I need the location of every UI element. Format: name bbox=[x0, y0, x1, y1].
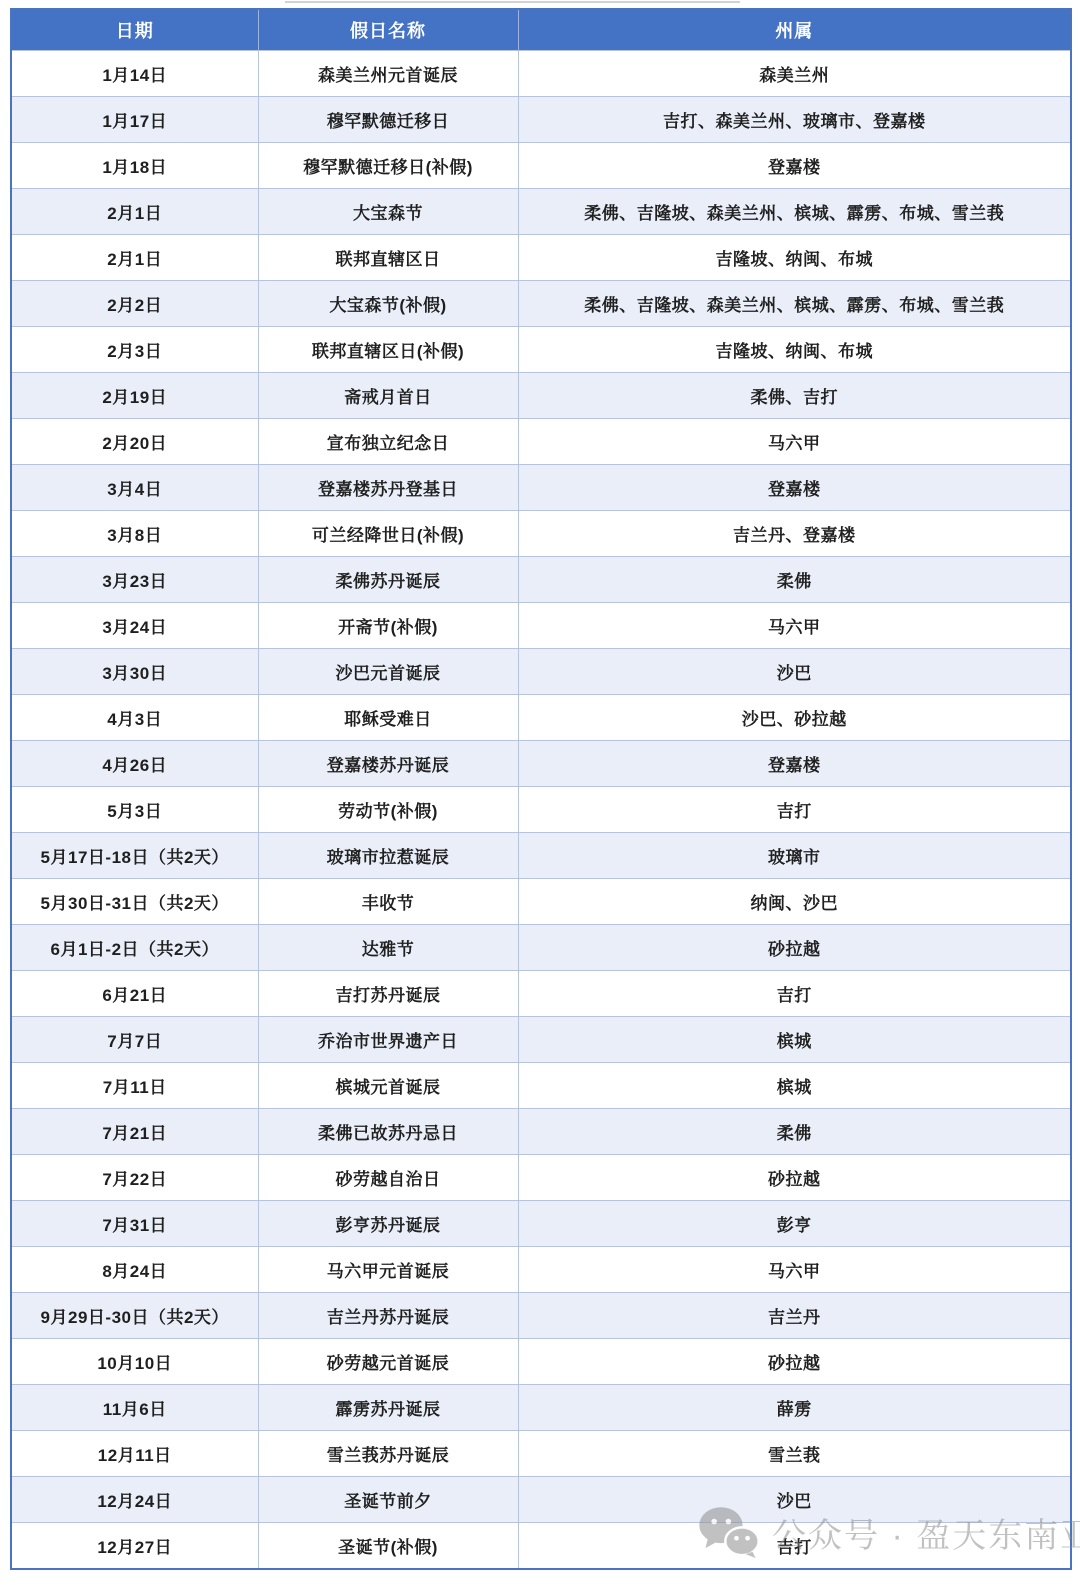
states-cell: 马六甲 bbox=[518, 419, 1071, 465]
date-cell: 2月2日 bbox=[11, 281, 258, 327]
date-cell: 7月11日 bbox=[11, 1063, 258, 1109]
date-cell: 2月20日 bbox=[11, 419, 258, 465]
states-cell: 吉打 bbox=[518, 1523, 1071, 1570]
holiday-name-cell: 圣诞节前夕 bbox=[258, 1477, 518, 1523]
table-row: 1月18日穆罕默德迁移日(补假)登嘉楼 bbox=[11, 143, 1071, 189]
page: 日期 假日名称 州属 1月14日森美兰州元首诞辰森美兰州1月17日穆罕默德迁移日… bbox=[0, 0, 1080, 1588]
date-cell: 2月3日 bbox=[11, 327, 258, 373]
table-row: 4月3日耶稣受难日沙巴、砂拉越 bbox=[11, 695, 1071, 741]
holiday-name-cell: 吉兰丹苏丹诞辰 bbox=[258, 1293, 518, 1339]
states-cell: 吉兰丹、登嘉楼 bbox=[518, 511, 1071, 557]
table-row: 5月30日-31日（共2天）丰收节纳闽、沙巴 bbox=[11, 879, 1071, 925]
holiday-name-cell: 丰收节 bbox=[258, 879, 518, 925]
date-cell: 11月6日 bbox=[11, 1385, 258, 1431]
table-row: 1月14日森美兰州元首诞辰森美兰州 bbox=[11, 51, 1071, 97]
date-cell: 4月26日 bbox=[11, 741, 258, 787]
table-row: 2月1日大宝森节柔佛、吉隆坡、森美兰州、槟城、霹雳、布城、雪兰莪 bbox=[11, 189, 1071, 235]
states-cell: 吉兰丹 bbox=[518, 1293, 1071, 1339]
date-cell: 2月19日 bbox=[11, 373, 258, 419]
date-cell: 7月7日 bbox=[11, 1017, 258, 1063]
holiday-name-cell: 大宝森节(补假) bbox=[258, 281, 518, 327]
header-row: 日期 假日名称 州属 bbox=[11, 9, 1071, 51]
column-header-holiday: 假日名称 bbox=[258, 9, 518, 51]
table-row: 3月24日开斋节(补假)马六甲 bbox=[11, 603, 1071, 649]
table-row: 11月6日霹雳苏丹诞辰薛雳 bbox=[11, 1385, 1071, 1431]
table-row: 7月22日砂劳越自治日砂拉越 bbox=[11, 1155, 1071, 1201]
table-row: 2月19日斋戒月首日柔佛、吉打 bbox=[11, 373, 1071, 419]
holiday-name-cell: 吉打苏丹诞辰 bbox=[258, 971, 518, 1017]
states-cell: 玻璃市 bbox=[518, 833, 1071, 879]
table-body: 1月14日森美兰州元首诞辰森美兰州1月17日穆罕默德迁移日吉打、森美兰州、玻璃市… bbox=[11, 51, 1071, 1570]
states-cell: 登嘉楼 bbox=[518, 465, 1071, 511]
states-cell: 吉打 bbox=[518, 787, 1071, 833]
table-row: 9月29日-30日（共2天）吉兰丹苏丹诞辰吉兰丹 bbox=[11, 1293, 1071, 1339]
date-cell: 9月29日-30日（共2天） bbox=[11, 1293, 258, 1339]
holiday-name-cell: 彭亨苏丹诞辰 bbox=[258, 1201, 518, 1247]
column-header-states: 州属 bbox=[518, 9, 1071, 51]
holiday-table: 日期 假日名称 州属 1月14日森美兰州元首诞辰森美兰州1月17日穆罕默德迁移日… bbox=[10, 8, 1072, 1570]
holiday-name-cell: 开斋节(补假) bbox=[258, 603, 518, 649]
date-cell: 3月30日 bbox=[11, 649, 258, 695]
table-row: 2月3日联邦直辖区日(补假)吉隆坡、纳闽、布城 bbox=[11, 327, 1071, 373]
holiday-name-cell: 雪兰莪苏丹诞辰 bbox=[258, 1431, 518, 1477]
table-row: 7月21日柔佛已故苏丹忌日柔佛 bbox=[11, 1109, 1071, 1155]
table-row: 12月24日圣诞节前夕沙巴 bbox=[11, 1477, 1071, 1523]
table-row: 2月20日宣布独立纪念日马六甲 bbox=[11, 419, 1071, 465]
states-cell: 登嘉楼 bbox=[518, 143, 1071, 189]
states-cell: 吉隆坡、纳闽、布城 bbox=[518, 327, 1071, 373]
table-row: 7月31日彭亨苏丹诞辰彭亨 bbox=[11, 1201, 1071, 1247]
states-cell: 沙巴 bbox=[518, 649, 1071, 695]
holiday-name-cell: 柔佛苏丹诞辰 bbox=[258, 557, 518, 603]
date-cell: 6月21日 bbox=[11, 971, 258, 1017]
table-row: 6月1日-2日（共2天）达雅节砂拉越 bbox=[11, 925, 1071, 971]
holiday-name-cell: 森美兰州元首诞辰 bbox=[258, 51, 518, 97]
date-cell: 5月17日-18日（共2天） bbox=[11, 833, 258, 879]
date-cell: 10月10日 bbox=[11, 1339, 258, 1385]
date-cell: 7月31日 bbox=[11, 1201, 258, 1247]
table-row: 5月17日-18日（共2天）玻璃市拉惹诞辰玻璃市 bbox=[11, 833, 1071, 879]
states-cell: 彭亨 bbox=[518, 1201, 1071, 1247]
table-row: 3月4日登嘉楼苏丹登基日登嘉楼 bbox=[11, 465, 1071, 511]
states-cell: 柔佛 bbox=[518, 1109, 1071, 1155]
date-cell: 7月22日 bbox=[11, 1155, 258, 1201]
table-row: 3月8日可兰经降世日(补假)吉兰丹、登嘉楼 bbox=[11, 511, 1071, 557]
states-cell: 吉打 bbox=[518, 971, 1071, 1017]
table-row: 1月17日穆罕默德迁移日吉打、森美兰州、玻璃市、登嘉楼 bbox=[11, 97, 1071, 143]
holiday-name-cell: 联邦直辖区日(补假) bbox=[258, 327, 518, 373]
states-cell: 砂拉越 bbox=[518, 925, 1071, 971]
date-cell: 12月27日 bbox=[11, 1523, 258, 1570]
states-cell: 薛雳 bbox=[518, 1385, 1071, 1431]
holiday-name-cell: 柔佛已故苏丹忌日 bbox=[258, 1109, 518, 1155]
table-row: 3月23日柔佛苏丹诞辰柔佛 bbox=[11, 557, 1071, 603]
table-row: 2月2日大宝森节(补假)柔佛、吉隆坡、森美兰州、槟城、霹雳、布城、雪兰莪 bbox=[11, 281, 1071, 327]
table-row: 12月27日圣诞节(补假)吉打 bbox=[11, 1523, 1071, 1570]
states-cell: 森美兰州 bbox=[518, 51, 1071, 97]
holiday-name-cell: 可兰经降世日(补假) bbox=[258, 511, 518, 557]
states-cell: 雪兰莪 bbox=[518, 1431, 1071, 1477]
holiday-name-cell: 登嘉楼苏丹诞辰 bbox=[258, 741, 518, 787]
column-header-date: 日期 bbox=[11, 9, 258, 51]
cropped-content-line bbox=[285, 1, 740, 3]
holiday-name-cell: 马六甲元首诞辰 bbox=[258, 1247, 518, 1293]
holiday-name-cell: 宣布独立纪念日 bbox=[258, 419, 518, 465]
table-row: 3月30日沙巴元首诞辰沙巴 bbox=[11, 649, 1071, 695]
states-cell: 吉打、森美兰州、玻璃市、登嘉楼 bbox=[518, 97, 1071, 143]
holiday-name-cell: 穆罕默德迁移日 bbox=[258, 97, 518, 143]
holiday-name-cell: 耶稣受难日 bbox=[258, 695, 518, 741]
date-cell: 8月24日 bbox=[11, 1247, 258, 1293]
holiday-name-cell: 达雅节 bbox=[258, 925, 518, 971]
states-cell: 登嘉楼 bbox=[518, 741, 1071, 787]
states-cell: 槟城 bbox=[518, 1063, 1071, 1109]
date-cell: 3月24日 bbox=[11, 603, 258, 649]
states-cell: 柔佛、吉隆坡、森美兰州、槟城、霹雳、布城、雪兰莪 bbox=[518, 189, 1071, 235]
date-cell: 2月1日 bbox=[11, 235, 258, 281]
holiday-name-cell: 沙巴元首诞辰 bbox=[258, 649, 518, 695]
date-cell: 2月1日 bbox=[11, 189, 258, 235]
holiday-name-cell: 登嘉楼苏丹登基日 bbox=[258, 465, 518, 511]
states-cell: 砂拉越 bbox=[518, 1155, 1071, 1201]
date-cell: 6月1日-2日（共2天） bbox=[11, 925, 258, 971]
holiday-name-cell: 乔治市世界遗产日 bbox=[258, 1017, 518, 1063]
table-row: 7月11日槟城元首诞辰槟城 bbox=[11, 1063, 1071, 1109]
date-cell: 3月8日 bbox=[11, 511, 258, 557]
table-header: 日期 假日名称 州属 bbox=[11, 9, 1071, 51]
states-cell: 沙巴、砂拉越 bbox=[518, 695, 1071, 741]
holiday-name-cell: 霹雳苏丹诞辰 bbox=[258, 1385, 518, 1431]
holiday-name-cell: 槟城元首诞辰 bbox=[258, 1063, 518, 1109]
holiday-name-cell: 砂劳越元首诞辰 bbox=[258, 1339, 518, 1385]
date-cell: 5月30日-31日（共2天） bbox=[11, 879, 258, 925]
date-cell: 12月24日 bbox=[11, 1477, 258, 1523]
holiday-name-cell: 圣诞节(补假) bbox=[258, 1523, 518, 1570]
states-cell: 纳闽、沙巴 bbox=[518, 879, 1071, 925]
table-row: 4月26日登嘉楼苏丹诞辰登嘉楼 bbox=[11, 741, 1071, 787]
states-cell: 砂拉越 bbox=[518, 1339, 1071, 1385]
table-row: 6月21日吉打苏丹诞辰吉打 bbox=[11, 971, 1071, 1017]
date-cell: 7月21日 bbox=[11, 1109, 258, 1155]
holiday-name-cell: 砂劳越自治日 bbox=[258, 1155, 518, 1201]
date-cell: 3月4日 bbox=[11, 465, 258, 511]
date-cell: 1月14日 bbox=[11, 51, 258, 97]
states-cell: 柔佛、吉隆坡、森美兰州、槟城、霹雳、布城、雪兰莪 bbox=[518, 281, 1071, 327]
table-row: 8月24日马六甲元首诞辰马六甲 bbox=[11, 1247, 1071, 1293]
table-row: 2月1日联邦直辖区日吉隆坡、纳闽、布城 bbox=[11, 235, 1071, 281]
states-cell: 马六甲 bbox=[518, 603, 1071, 649]
states-cell: 吉隆坡、纳闽、布城 bbox=[518, 235, 1071, 281]
date-cell: 4月3日 bbox=[11, 695, 258, 741]
date-cell: 5月3日 bbox=[11, 787, 258, 833]
holiday-name-cell: 大宝森节 bbox=[258, 189, 518, 235]
holiday-name-cell: 联邦直辖区日 bbox=[258, 235, 518, 281]
table-row: 12月11日雪兰莪苏丹诞辰雪兰莪 bbox=[11, 1431, 1071, 1477]
states-cell: 柔佛 bbox=[518, 557, 1071, 603]
holiday-name-cell: 穆罕默德迁移日(补假) bbox=[258, 143, 518, 189]
table-row: 5月3日劳动节(补假)吉打 bbox=[11, 787, 1071, 833]
date-cell: 1月17日 bbox=[11, 97, 258, 143]
table-row: 7月7日乔治市世界遗产日槟城 bbox=[11, 1017, 1071, 1063]
date-cell: 12月11日 bbox=[11, 1431, 258, 1477]
states-cell: 沙巴 bbox=[518, 1477, 1071, 1523]
holiday-name-cell: 劳动节(补假) bbox=[258, 787, 518, 833]
table-row: 10月10日砂劳越元首诞辰砂拉越 bbox=[11, 1339, 1071, 1385]
date-cell: 1月18日 bbox=[11, 143, 258, 189]
states-cell: 槟城 bbox=[518, 1017, 1071, 1063]
states-cell: 马六甲 bbox=[518, 1247, 1071, 1293]
date-cell: 3月23日 bbox=[11, 557, 258, 603]
holiday-name-cell: 斋戒月首日 bbox=[258, 373, 518, 419]
states-cell: 柔佛、吉打 bbox=[518, 373, 1071, 419]
holiday-name-cell: 玻璃市拉惹诞辰 bbox=[258, 833, 518, 879]
